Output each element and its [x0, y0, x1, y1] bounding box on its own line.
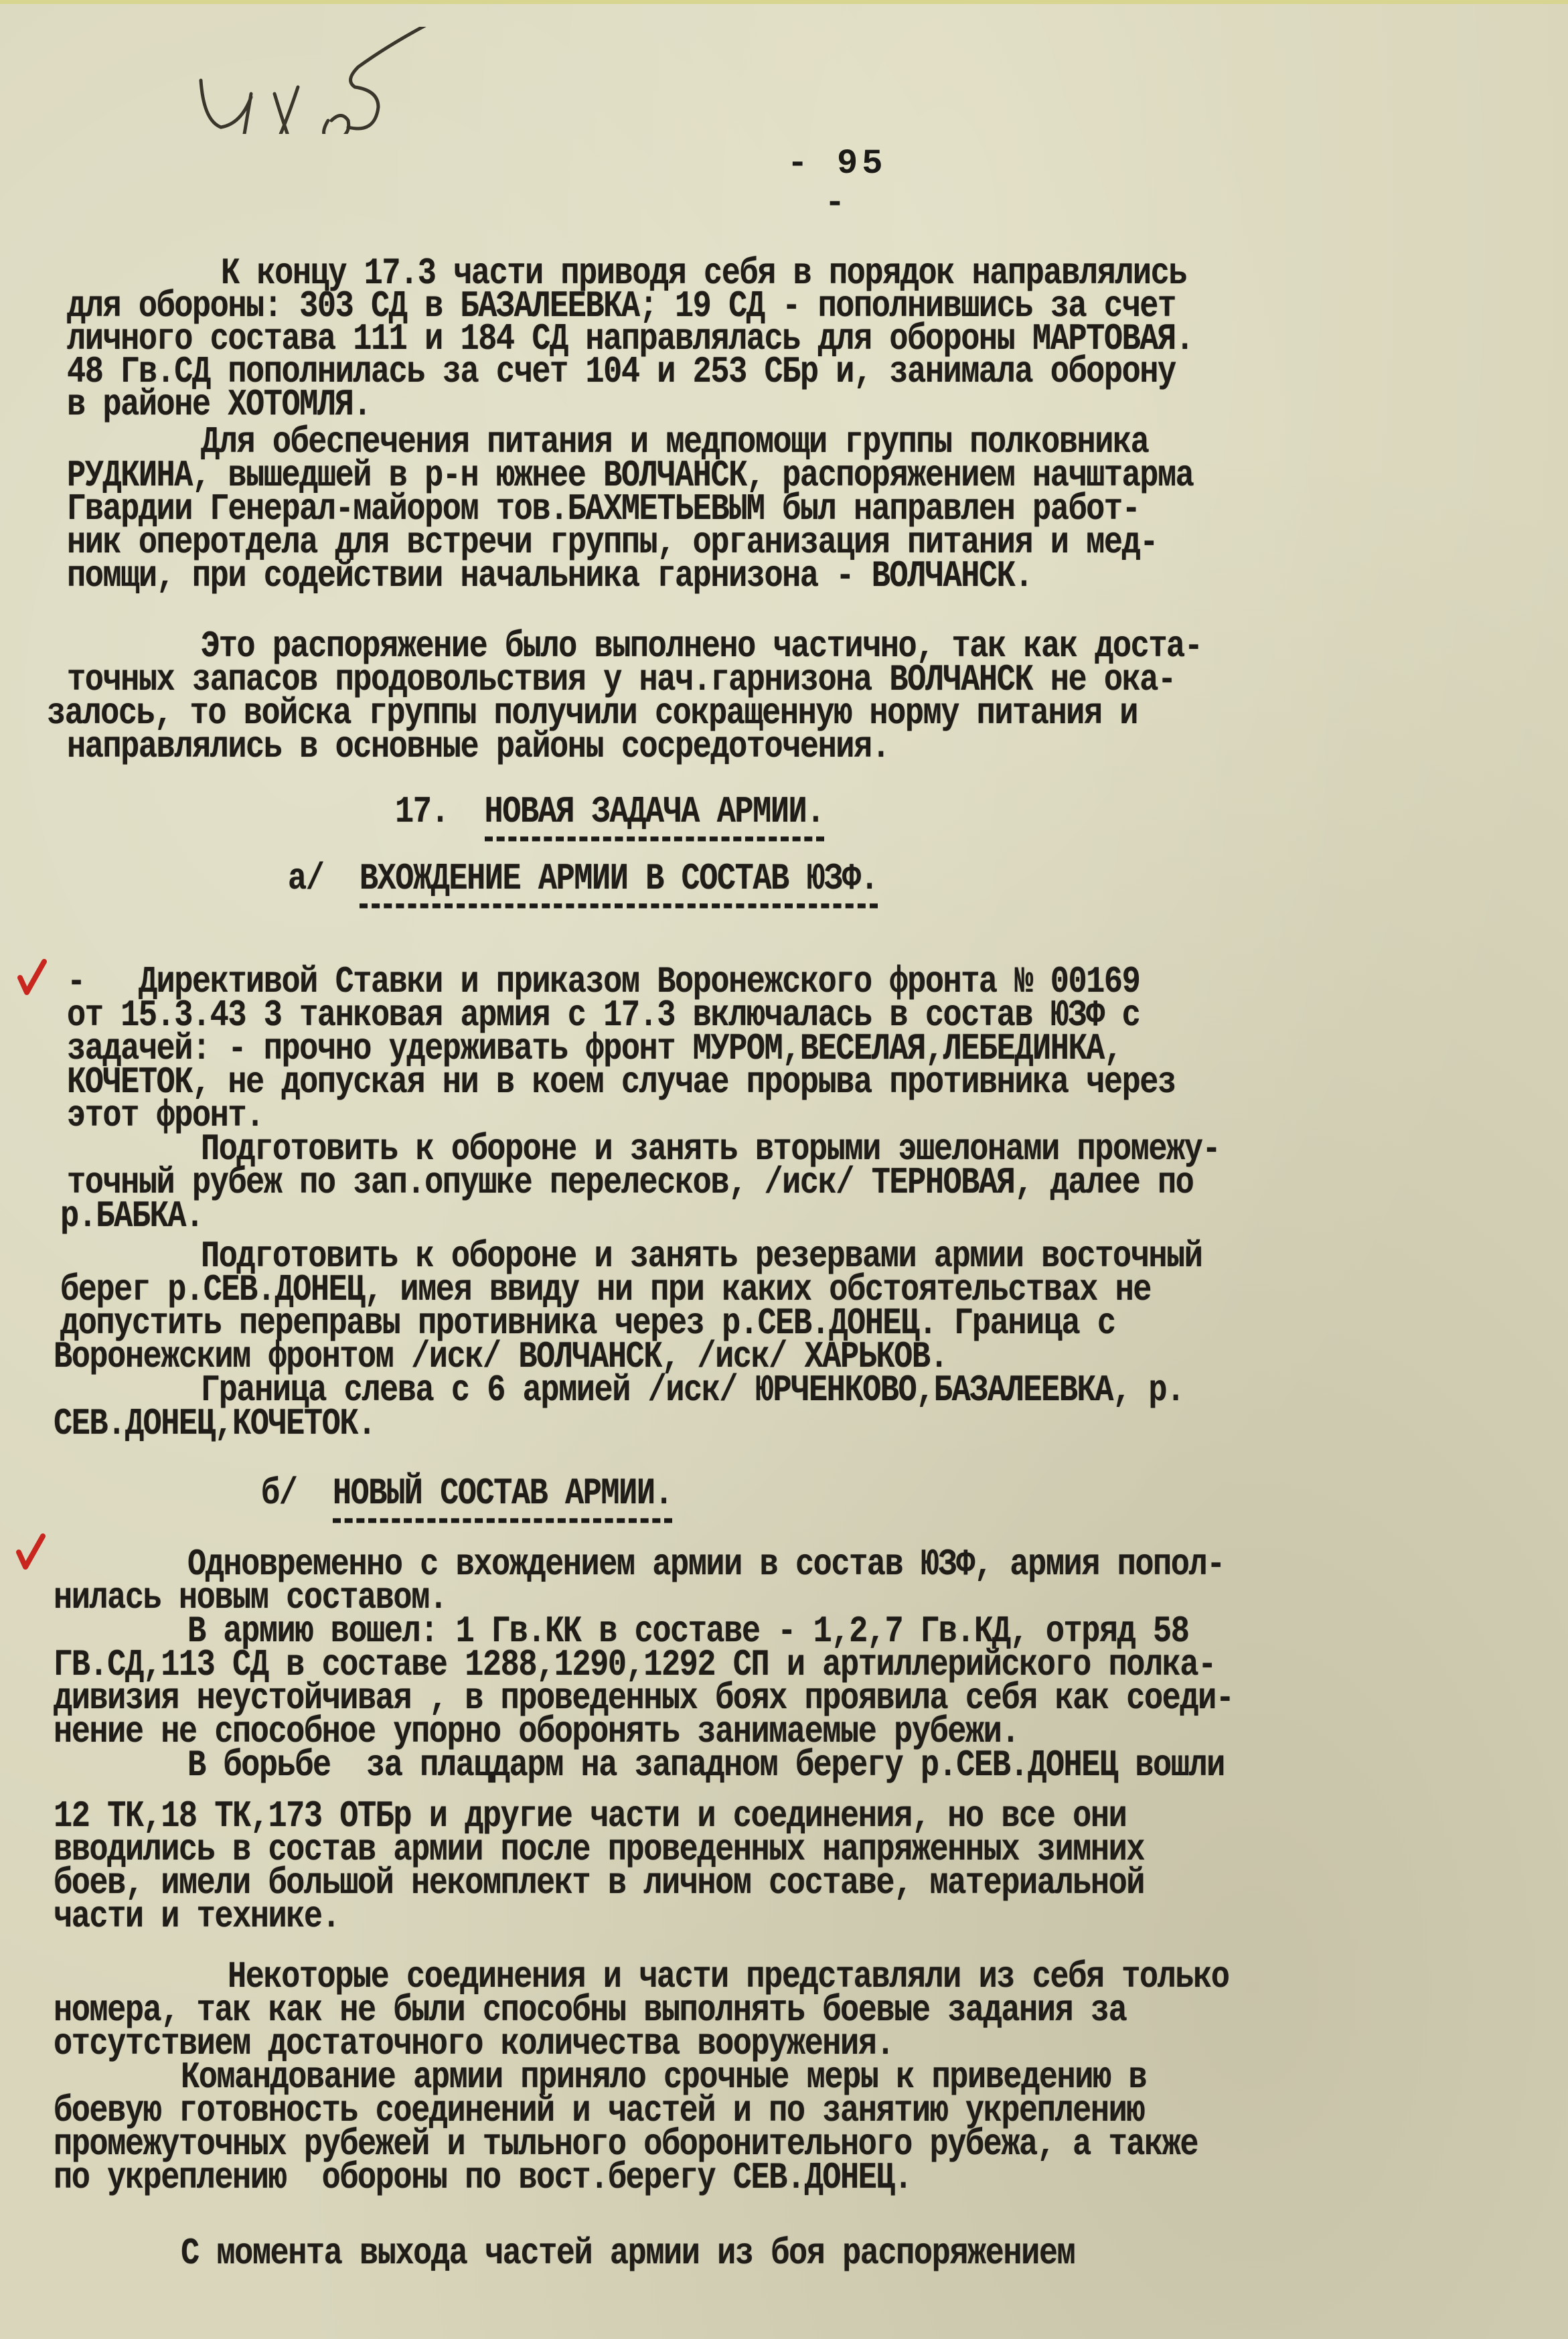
- red-checkmark-icon: [16, 1533, 46, 1571]
- subsection-heading-b: б/ НОВЫЙ СОСТАВ АРМИИ.: [261, 1473, 672, 1515]
- text-line: помщи, при содействии начальника гарнизо…: [67, 556, 1032, 598]
- text-line: части и технике.: [54, 1896, 339, 1939]
- red-checkmark-icon: [17, 959, 47, 996]
- text-line: СЕВ.ДОНЕЦ,КОЧЕТОК.: [54, 1404, 376, 1446]
- text-line: С момента выхода частей армии из боя рас…: [181, 2233, 1075, 2275]
- section-heading-prefix: 17.: [395, 791, 467, 834]
- text-line: В борьбе за плацдарм на западном берегу …: [187, 1745, 1225, 1787]
- page-number: - 95 -: [763, 144, 911, 223]
- section-heading-title: НОВАЯ ЗАДАЧА АРМИИ.: [485, 791, 824, 841]
- section-heading: 17. НОВАЯ ЗАДАЧА АРМИИ.: [395, 791, 824, 834]
- scan-top-edge: [0, 0, 1568, 4]
- text-line: р.БАБКА.: [60, 1196, 204, 1238]
- subsection-heading-b-prefix: б/: [261, 1473, 315, 1515]
- text-line: в районе ХОТОМЛЯ.: [67, 384, 371, 427]
- subsection-heading-b-title: НОВЫЙ СОСТАВ АРМИИ.: [333, 1473, 672, 1523]
- text-line: направлялись в основные районы сосредото…: [67, 727, 889, 769]
- handwritten-annotation: [194, 27, 475, 134]
- subsection-heading-a-title: ВХОЖДЕНИЕ АРМИИ В СОСТАВ ЮЗФ.: [360, 858, 878, 908]
- text-line: точный рубеж по зап.опушке перелесков, /…: [67, 1162, 1193, 1205]
- subsection-heading-a: а/ ВХОЖДЕНИЕ АРМИИ В СОСТАВ ЮЗФ.: [288, 858, 878, 901]
- subsection-heading-a-prefix: а/: [288, 858, 341, 901]
- text-line: по укреплению обороны по вост.берегу СЕВ…: [54, 2158, 912, 2200]
